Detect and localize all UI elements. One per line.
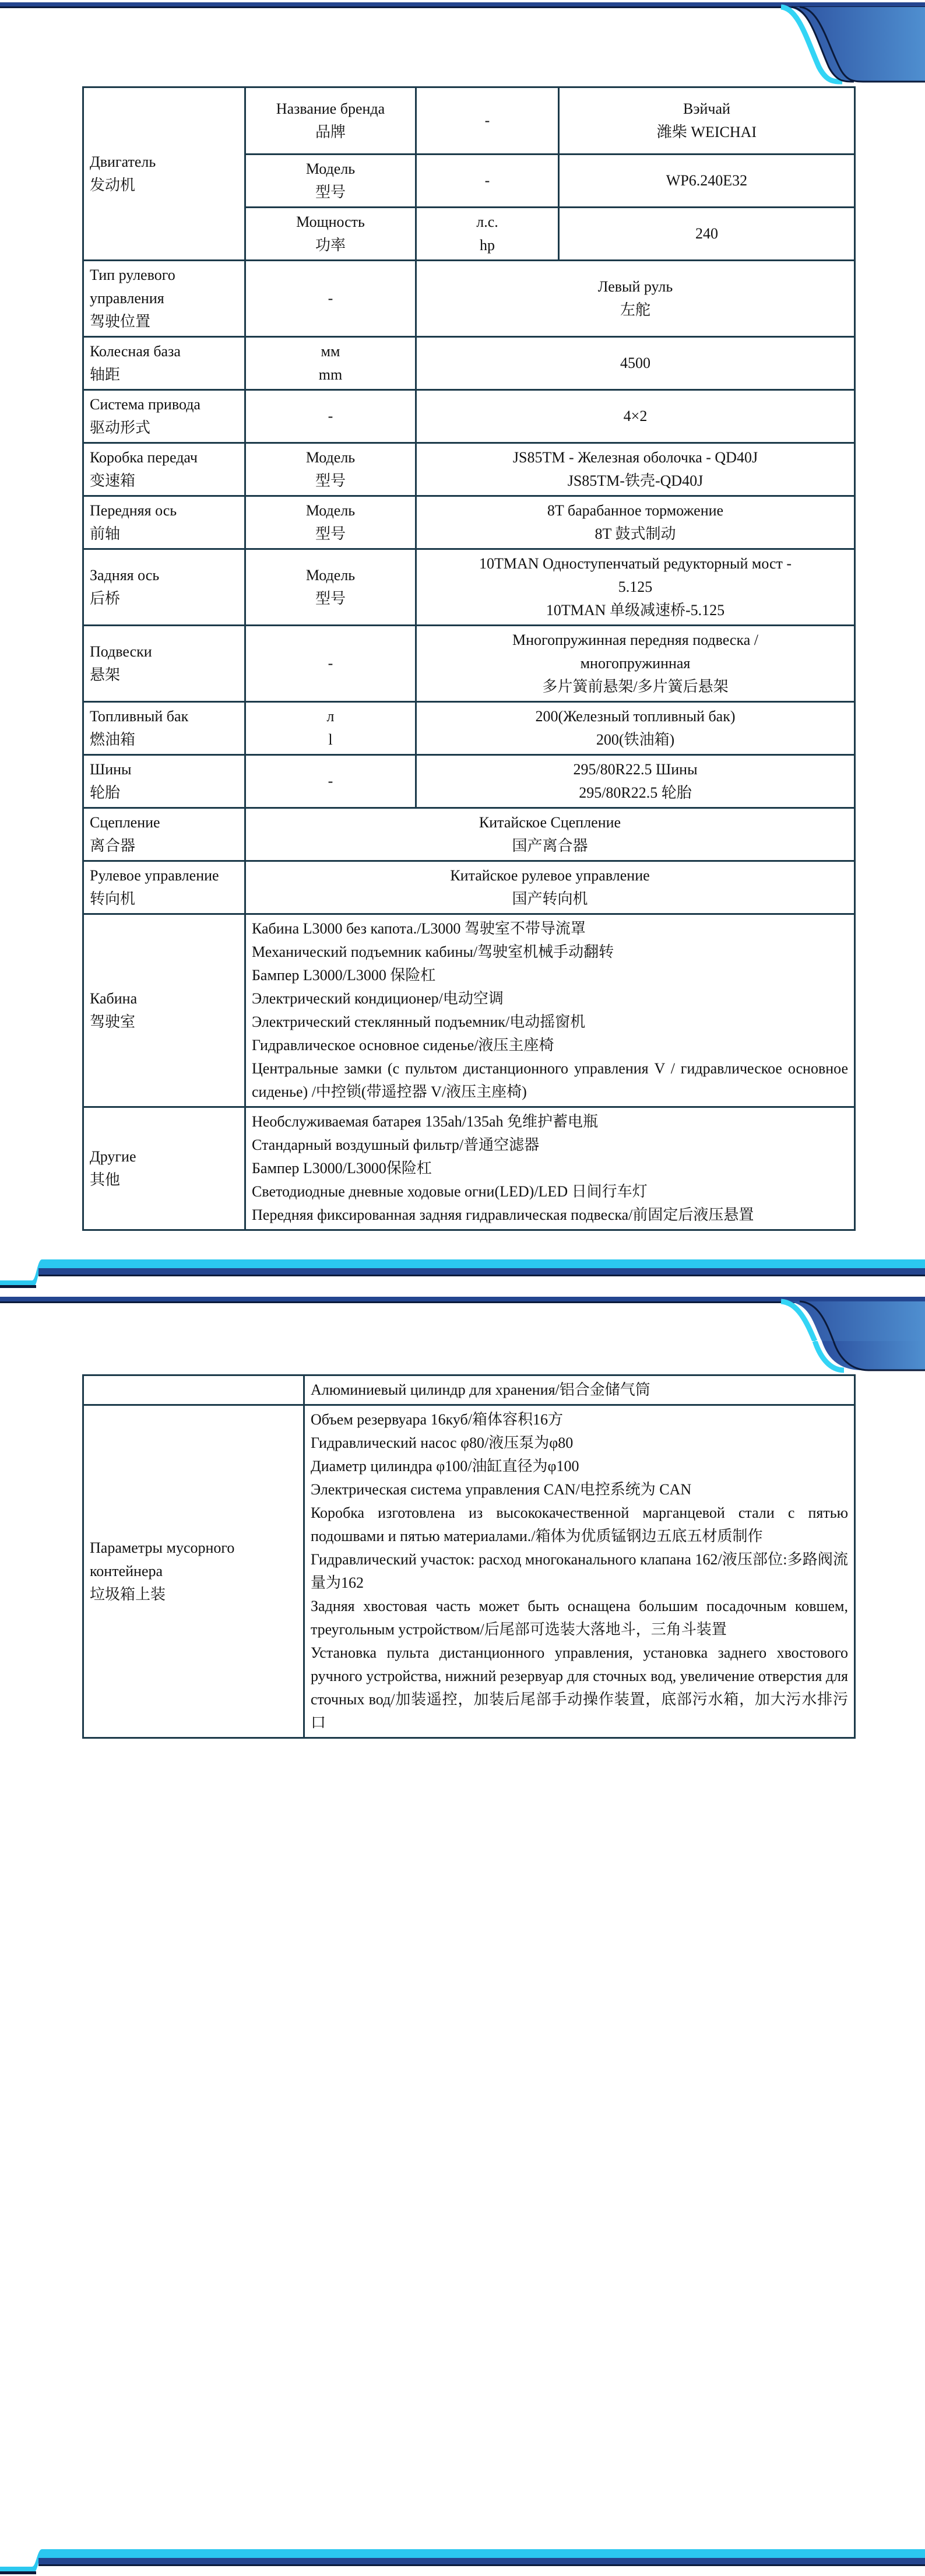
unit-text: - bbox=[328, 290, 333, 307]
value-rear-axle: 10TMAN Одноступенчатый редукторный мост … bbox=[416, 549, 855, 626]
value-air-cylinder: Алюминиевый цилиндр для хранения/铝合金储气筒 bbox=[304, 1375, 855, 1405]
table-row: Двигатель 发动机 Название бренда 品牌 - Вэйча… bbox=[83, 87, 855, 155]
param-power: Мощность 功率 bbox=[245, 208, 416, 261]
list-item: Гидравлическое основное сиденье/液压主座椅 bbox=[252, 1034, 848, 1057]
value-zh: 国产转向机 bbox=[252, 887, 848, 911]
label-ru: Топливный бак bbox=[90, 705, 238, 728]
row-label-garbage-body: Параметры мусорного контейнера 垃圾箱上装 bbox=[83, 1405, 304, 1738]
value-ru: 295/80R22.5 Шины bbox=[423, 758, 848, 781]
cab-features-list: Кабина L3000 без капота./L3000 驾驶室不带导流罩 … bbox=[245, 914, 855, 1107]
list-item: Алюминиевый цилиндр для хранения/铝合金储气筒 bbox=[311, 1378, 848, 1402]
unit-fuel-tank: л l bbox=[245, 702, 416, 755]
value-steering-type: Левый руль 左舵 bbox=[416, 261, 855, 337]
row-label-rear-axle: Задняя ось 后桥 bbox=[83, 549, 245, 626]
label-ru: Параметры мусорного bbox=[90, 1536, 297, 1560]
label-ru: Тип рулевого управления bbox=[90, 264, 238, 310]
unit-drive: - bbox=[245, 390, 416, 443]
table-row: Подвески 悬架 - Многопружинная передняя по… bbox=[83, 626, 855, 702]
label-ru: Кабина bbox=[90, 987, 238, 1010]
table-row: Передняя ось 前轴 Модель 型号 8T барабанное … bbox=[83, 496, 855, 549]
label-zh: 变速箱 bbox=[90, 469, 238, 493]
label-zh: 悬架 bbox=[90, 664, 238, 687]
value-text: 240 bbox=[695, 225, 718, 242]
table-row: Параметры мусорного контейнера 垃圾箱上装 Объ… bbox=[83, 1405, 855, 1738]
list-item: Бампер L3000/L3000 保险杠 bbox=[252, 964, 848, 987]
table-row: Колесная база 轴距 мм mm 4500 bbox=[83, 337, 855, 390]
label-ru-2: контейнера bbox=[90, 1560, 297, 1583]
value-ru: 8T барабанное торможение bbox=[423, 499, 848, 522]
param-ru: Мощность bbox=[252, 210, 409, 234]
unit-zh: 型号 bbox=[252, 469, 409, 493]
label-ru: Колесная база bbox=[90, 340, 238, 363]
value-zh: 多片簧前悬架/多片簧后悬架 bbox=[423, 675, 848, 699]
list-item: Коробка изготовлена из высококачественно… bbox=[311, 1501, 848, 1548]
value-zh: 8T 鼓式制动 bbox=[423, 522, 848, 546]
list-item: Механический подъемник кабины/驾驶室机械手动翻转 bbox=[252, 940, 848, 964]
label-zh: 其他 bbox=[90, 1168, 238, 1192]
value-tires: 295/80R22.5 Шины 295/80R22.5 轮胎 bbox=[416, 755, 855, 808]
row-label-fuel-tank: Топливный бак 燃油箱 bbox=[83, 702, 245, 755]
param-model: Модель 型号 bbox=[245, 155, 416, 208]
value-zh: 295/80R22.5 轮胎 bbox=[423, 781, 848, 805]
list-item: Электрическая система управления CAN/电控系… bbox=[311, 1478, 848, 1501]
list-item: Электрический кондиционер/电动空调 bbox=[252, 987, 848, 1010]
list-item: Задняя хвостовая часть может быть оснаще… bbox=[311, 1595, 848, 1641]
unit-en: mm bbox=[252, 363, 409, 387]
list-item: Электрический стеклянный подъемник/电动摇窗机 bbox=[252, 1010, 848, 1034]
unit-text: - bbox=[328, 773, 333, 789]
row-label-tires: Шины 轮胎 bbox=[83, 755, 245, 808]
row-label-empty bbox=[83, 1375, 304, 1405]
value-ru: Многопружинная передняя подвеска / bbox=[423, 629, 848, 652]
footer-band bbox=[0, 2542, 925, 2576]
unit-ru: л bbox=[252, 705, 409, 728]
value-ratio: 5.125 bbox=[423, 575, 848, 599]
label-zh: 轮胎 bbox=[90, 781, 238, 805]
label-zh: 驱动形式 bbox=[90, 416, 238, 440]
value-ru: Вэйчай bbox=[565, 97, 848, 121]
list-item: Гидравлический насос φ80/液压泵为φ80 bbox=[311, 1431, 848, 1455]
value-ru: Левый руль bbox=[423, 275, 848, 299]
label-zh: 后桥 bbox=[90, 587, 238, 610]
row-label-clutch: Сцепление 离合器 bbox=[83, 808, 245, 861]
value-zh: 国产离合器 bbox=[252, 834, 848, 858]
header-band-page2 bbox=[0, 1341, 925, 1376]
table-row: Сцепление 离合器 Китайское Сцепление 国产离合器 bbox=[83, 808, 855, 861]
row-label-gearbox: Коробка передач 变速箱 bbox=[83, 443, 245, 496]
spec-table-page2: Алюминиевый цилиндр для хранения/铝合金储气筒 … bbox=[82, 1374, 856, 1739]
unit-text: - bbox=[485, 172, 490, 189]
row-label-drive: Система привода 驱动形式 bbox=[83, 390, 245, 443]
label-zh: 转向机 bbox=[90, 887, 238, 911]
value-fuel-tank: 200(Железный топливный бак) 200(铁油箱) bbox=[416, 702, 855, 755]
value-clutch: Китайское Сцепление 国产离合器 bbox=[245, 808, 855, 861]
unit-en: l bbox=[252, 728, 409, 752]
value-ru: JS85TM - Железная оболочка - QD40J bbox=[423, 446, 848, 469]
unit-power: л.с. hp bbox=[416, 208, 559, 261]
list-item: Светодиодные дневные ходовые огни(LED)/L… bbox=[252, 1180, 848, 1203]
value-text: 4×2 bbox=[624, 408, 648, 424]
value-zh: 10TMAN 单级减速桥-5.125 bbox=[423, 599, 848, 622]
value-gearbox: JS85TM - Железная оболочка - QD40J JS85T… bbox=[416, 443, 855, 496]
value-suspension: Многопружинная передняя подвеска / много… bbox=[416, 626, 855, 702]
row-label-suspension: Подвески 悬架 bbox=[83, 626, 245, 702]
table-row: Кабина 驾驶室 Кабина L3000 без капота./L300… bbox=[83, 914, 855, 1107]
list-item: Установка пульта дистанционного управлен… bbox=[311, 1641, 848, 1735]
unit-suspension: - bbox=[245, 626, 416, 702]
value-ru: 200(Железный топливный бак) bbox=[423, 705, 848, 728]
unit-zh: 型号 bbox=[252, 587, 409, 610]
unit-steering-type: - bbox=[245, 261, 416, 337]
label-zh: 轴距 bbox=[90, 363, 238, 387]
param-ru: Название бренда bbox=[252, 97, 409, 121]
param-zh: 功率 bbox=[252, 234, 409, 257]
others-features-list: Необслуживаемая батарея 135ah/135ah 免维护蓄… bbox=[245, 1107, 855, 1230]
label-zh: 驾驶位置 bbox=[90, 310, 238, 334]
unit-wheelbase: мм mm bbox=[245, 337, 416, 390]
unit-ru: Модель bbox=[252, 564, 409, 587]
list-item: Стандарный воздушный фильтр/普通空滤器 bbox=[252, 1133, 848, 1157]
table-row: Система привода 驱动形式 - 4×2 bbox=[83, 390, 855, 443]
label-zh: 发动机 bbox=[90, 174, 238, 197]
value-text: WP6.240E32 bbox=[666, 172, 747, 189]
table-row: Алюминиевый цилиндр для хранения/铝合金储气筒 bbox=[83, 1375, 855, 1405]
unit-zh: 型号 bbox=[252, 522, 409, 546]
list-item: Диаметр цилиндра φ100/油缸直径为φ100 bbox=[311, 1455, 848, 1478]
list-item: Необслуживаемая батарея 135ah/135ah 免维护蓄… bbox=[252, 1110, 848, 1133]
unit-tires: - bbox=[245, 755, 416, 808]
list-item: Передняя фиксированная задняя гидравличе… bbox=[252, 1203, 848, 1227]
label-zh: 垃圾箱上装 bbox=[90, 1583, 297, 1606]
list-item: Бампер L3000/L3000保险杠 bbox=[252, 1157, 848, 1180]
list-item: Центральные замки (с пультом дистанционн… bbox=[252, 1057, 848, 1104]
garbage-body-features-list: Объем резервуара 16куб/箱体容积16方 Гидравлич… bbox=[304, 1405, 855, 1738]
param-brand: Название бренда 品牌 bbox=[245, 87, 416, 155]
unit-text: - bbox=[328, 655, 333, 672]
page-separator-band bbox=[0, 1248, 925, 1341]
label-zh: 前轴 bbox=[90, 522, 238, 546]
label-ru: Другие bbox=[90, 1145, 238, 1168]
unit-brand: - bbox=[416, 87, 559, 155]
row-label-engine: Двигатель 发动机 bbox=[83, 87, 245, 261]
list-item: Объем резервуара 16куб/箱体容积16方 bbox=[311, 1408, 848, 1431]
label-ru: Шины bbox=[90, 758, 238, 781]
value-zh: 潍柴 WEICHAI bbox=[565, 121, 848, 144]
unit-text: - bbox=[328, 408, 333, 424]
row-label-cab: Кабина 驾驶室 bbox=[83, 914, 245, 1107]
label-zh: 燃油箱 bbox=[90, 728, 238, 752]
unit-ru: л.с. bbox=[423, 210, 552, 234]
row-label-wheelbase: Колесная база 轴距 bbox=[83, 337, 245, 390]
list-item: Гидравлический участок: расход многокана… bbox=[311, 1548, 848, 1595]
value-ru: Китайское Сцепление bbox=[252, 811, 848, 834]
list-item: Кабина L3000 без капота./L3000 驾驶室不带导流罩 bbox=[252, 917, 848, 940]
label-ru: Задняя ось bbox=[90, 564, 238, 587]
unit-gearbox: Модель 型号 bbox=[245, 443, 416, 496]
label-ru: Двигатель bbox=[90, 150, 238, 174]
value-zh: 左舵 bbox=[423, 299, 848, 322]
value-front-axle: 8T барабанное торможение 8T 鼓式制动 bbox=[416, 496, 855, 549]
row-label-steering-type: Тип рулевого управления 驾驶位置 bbox=[83, 261, 245, 337]
param-zh: 品牌 bbox=[252, 121, 409, 144]
value-brand: Вэйчай 潍柴 WEICHAI bbox=[559, 87, 855, 155]
spec-table-page1: Двигатель 发动机 Название бренда 品牌 - Вэйча… bbox=[82, 86, 856, 1231]
unit-ru: Модель bbox=[252, 499, 409, 522]
value-ru-2: многопружинная bbox=[423, 652, 848, 675]
label-ru: Сцепление bbox=[90, 811, 238, 834]
param-ru: Модель bbox=[252, 157, 409, 181]
unit-en: hp bbox=[423, 234, 552, 257]
value-zh: JS85TM-铁壳-QD40J bbox=[423, 469, 848, 493]
label-ru: Коробка передач bbox=[90, 446, 238, 469]
label-ru: Система привода bbox=[90, 393, 238, 416]
table-row: Коробка передач 变速箱 Модель 型号 JS85TM - Ж… bbox=[83, 443, 855, 496]
label-ru: Подвески bbox=[90, 640, 238, 664]
row-label-others: Другие 其他 bbox=[83, 1107, 245, 1230]
table-row: Топливный бак 燃油箱 л l 200(Железный топли… bbox=[83, 702, 855, 755]
row-label-front-axle: Передняя ось 前轴 bbox=[83, 496, 245, 549]
label-ru: Передняя ось bbox=[90, 499, 238, 522]
table-row: Другие 其他 Необслуживаемая батарея 135ah/… bbox=[83, 1107, 855, 1230]
value-ru: 10TMAN Одноступенчатый редукторный мост … bbox=[423, 552, 848, 575]
param-zh: 型号 bbox=[252, 181, 409, 204]
label-ru: Рулевое управление bbox=[90, 864, 238, 887]
value-ru: Китайское рулевое управление bbox=[252, 864, 848, 887]
value-zh: 200(铁油箱) bbox=[423, 728, 848, 752]
label-zh: 驾驶室 bbox=[90, 1010, 238, 1034]
value-wheelbase: 4500 bbox=[416, 337, 855, 390]
table-row: Рулевое управление 转向机 Китайское рулевое… bbox=[83, 861, 855, 914]
value-model: WP6.240E32 bbox=[559, 155, 855, 208]
unit-text: - bbox=[485, 112, 490, 129]
unit-model: - bbox=[416, 155, 559, 208]
label-zh: 离合器 bbox=[90, 834, 238, 858]
value-drive: 4×2 bbox=[416, 390, 855, 443]
value-power: 240 bbox=[559, 208, 855, 261]
unit-ru: мм bbox=[252, 340, 409, 363]
value-text: 4500 bbox=[620, 355, 650, 371]
unit-front-axle: Модель 型号 bbox=[245, 496, 416, 549]
value-steering-gear: Китайское рулевое управление 国产转向机 bbox=[245, 861, 855, 914]
unit-rear-axle: Модель 型号 bbox=[245, 549, 416, 626]
table-row: Задняя ось 后桥 Модель 型号 10TMAN Одноступе… bbox=[83, 549, 855, 626]
header-band-top bbox=[0, 0, 925, 87]
unit-ru: Модель bbox=[252, 446, 409, 469]
row-label-steering-gear: Рулевое управление 转向机 bbox=[83, 861, 245, 914]
table-row: Тип рулевого управления 驾驶位置 - Левый рул… bbox=[83, 261, 855, 337]
table-row: Шины 轮胎 - 295/80R22.5 Шины 295/80R22.5 轮… bbox=[83, 755, 855, 808]
